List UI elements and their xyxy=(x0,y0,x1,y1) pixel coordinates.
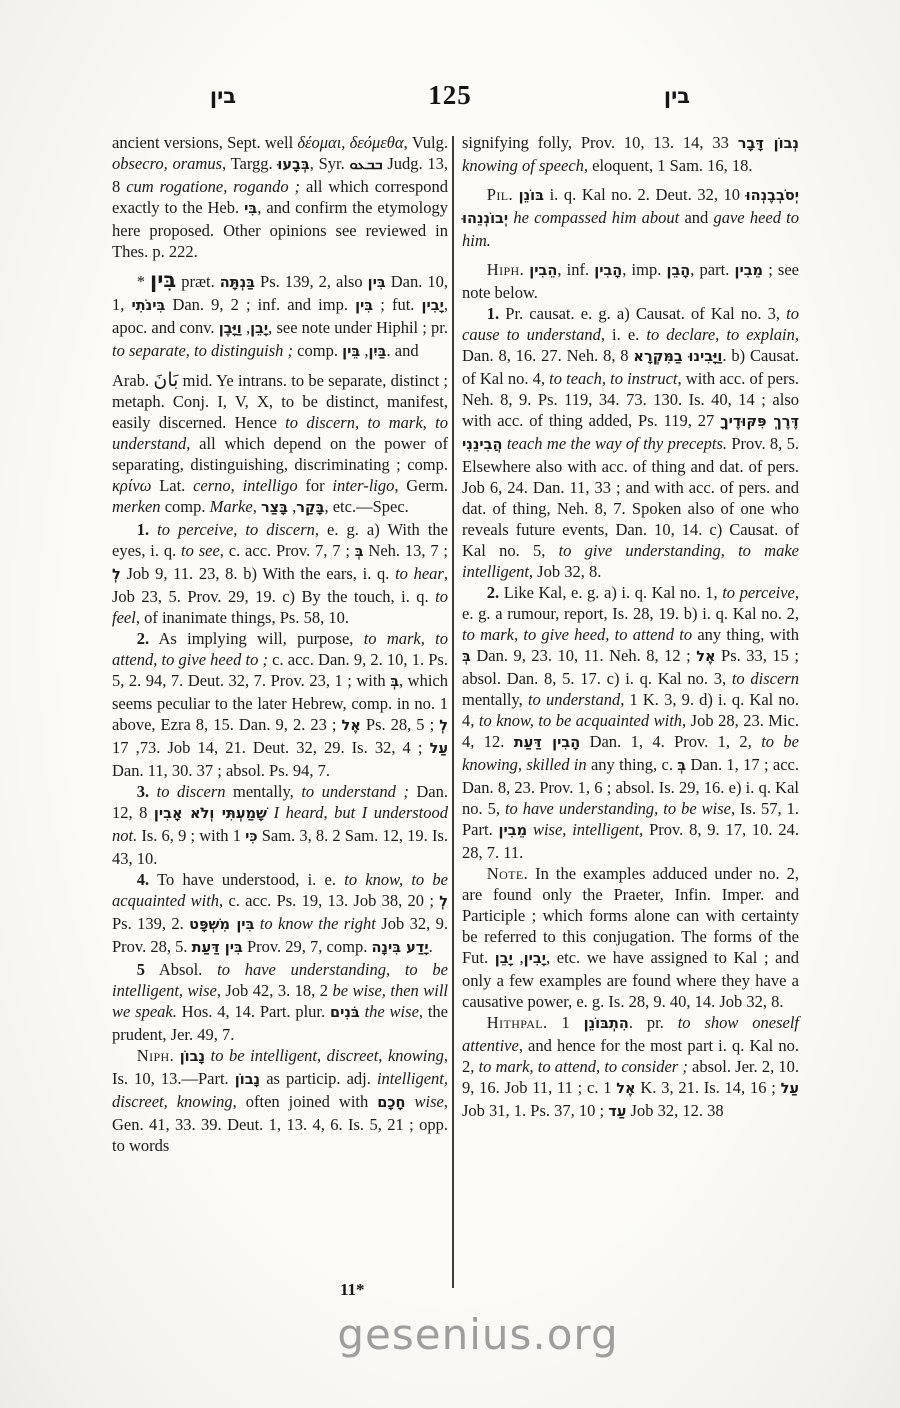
roman-text xyxy=(406,1092,415,1111)
roman-text: any thing, c. xyxy=(587,755,678,774)
hebrew-text: בַּנְתָּה xyxy=(220,275,255,291)
roman-text: for xyxy=(298,476,333,495)
italic-text: merken xyxy=(112,497,161,516)
hebrew-text: נָבוֹן xyxy=(180,1049,205,1065)
hebrew-text: שָׁמַעְתִּי וְלֹא אָבִין xyxy=(154,806,267,822)
watermark: gesenius.org xyxy=(0,1310,900,1359)
right-column: signifying folly, Prov. 10, 13. 14, 33 נ… xyxy=(462,132,799,1123)
roman-text: , Vulg. xyxy=(404,133,448,152)
roman-text: comp. xyxy=(293,341,342,360)
hebrew-text: עַד xyxy=(608,1104,626,1120)
italic-text: to know the right xyxy=(260,914,376,933)
roman-text: ; fut. xyxy=(373,295,421,314)
roman-text: Job 32, 12. 38 xyxy=(626,1101,723,1120)
italic-text: to mark, to attend, to consider ; xyxy=(479,1057,688,1076)
hebrew-text: מֵבִין xyxy=(734,263,763,279)
italic-text: inter-ligo xyxy=(332,476,394,495)
hebrew-text: לְ xyxy=(112,567,121,583)
hebrew-text: בָּצַר xyxy=(261,500,288,516)
scanned-lexicon-page: בין 125 בין ancient versions, Sept. well… xyxy=(0,0,900,1408)
roman-text: Job 31, 1. Ps. 37, 10 ; xyxy=(462,1101,608,1120)
italic-text: knowing of speech xyxy=(462,156,584,175)
roman-text: , often joined with xyxy=(233,1092,378,1111)
roman-text: , i. e. xyxy=(601,325,647,344)
roman-text: Pr. causat. e. g. a) Causat. of Kal no. … xyxy=(499,304,786,323)
italic-text: to have understanding, to be wise xyxy=(505,799,731,818)
italic-text: Marke xyxy=(210,497,253,516)
page-number: 125 xyxy=(0,80,900,111)
greek-text: δέομαι, δεόμεθα xyxy=(297,133,403,152)
roman-text: any thing, with xyxy=(692,625,799,644)
roman-text: mentally, xyxy=(226,782,302,801)
italic-text: obsecro, oramus xyxy=(112,154,222,173)
roman-text: , etc.—Spec. xyxy=(324,497,408,516)
hebrew-text: בִּין xyxy=(368,275,386,291)
hebrew-text: בֹּנִים xyxy=(330,1005,360,1021)
roman-text: comp. xyxy=(161,497,210,516)
hebrew-text: נָבוֹן xyxy=(235,1072,260,1088)
arabic-text: بَانَ xyxy=(153,369,178,391)
roman-text: To have understood, i. e. xyxy=(149,870,344,889)
paragraph: ancient versions, Sept. well δέομαι, δεό… xyxy=(112,132,448,262)
running-head-right-keyword: בין xyxy=(632,84,722,108)
roman-text: , xyxy=(288,497,296,516)
hebrew-text: מֵבִין xyxy=(499,823,528,839)
italic-text: to perceive, to discern xyxy=(157,520,315,539)
italic-text: to declare, to explain xyxy=(646,325,794,344)
left-column: ancient versions, Sept. well δέομαι, δεό… xyxy=(112,132,448,1156)
roman-text: , inf. xyxy=(557,260,594,279)
roman-text: , eloquent, 1 Sam. 16, 18. xyxy=(584,156,753,175)
roman-text: Dan. 9, 2 ; inf. and imp. xyxy=(165,295,355,314)
paragraph: Note. In the examples adduced under no. … xyxy=(462,863,799,1012)
roman-text: Is. 6, 9 ; with xyxy=(137,826,232,845)
roman-text: , Job 42, 3. 18, 2 xyxy=(217,981,333,1000)
hebrew-text: בְּ xyxy=(355,544,364,560)
roman-text xyxy=(149,782,157,801)
roman-text: , xyxy=(253,497,261,516)
roman-text: , of inanimate things, Ps. 58, 10. xyxy=(136,608,349,627)
paragraph: Arab. بَانَ mid. Ye intrans. to be separ… xyxy=(112,370,448,519)
hebrew-text: עַל xyxy=(781,1081,799,1097)
italic-text: cerno, intelligo xyxy=(193,476,297,495)
roman-text: signifying folly, Prov. 10, 13. 14, 33 xyxy=(462,133,738,152)
roman-text: , c. acc. Ps. 19, 13. Job 38, 20 ; xyxy=(219,891,439,910)
hebrew-text: חָכָם xyxy=(377,1095,405,1111)
roman-text: As implying will, purpose, xyxy=(149,629,364,648)
roman-text: as particip. adj. xyxy=(260,1069,377,1088)
hebrew-text: בִּי xyxy=(244,201,257,217)
roman-text: Ps. 139, 2, also xyxy=(255,272,368,291)
bold-number: 1. xyxy=(487,304,499,323)
bold-number: 2. xyxy=(487,583,499,602)
roman-text: i. q. Kal no. 2. Deut. 32, 10 xyxy=(544,185,746,204)
paragraph: 1. to perceive, to discern, e. g. a) Wit… xyxy=(112,519,448,628)
italic-text: to separate, to distinguish ; xyxy=(112,341,293,360)
hebrew-text: לְ xyxy=(439,718,448,734)
roman-text: Hos. 4, 14. Part. plur. xyxy=(177,1002,330,1021)
column-divider-rule xyxy=(452,136,454,1288)
hebrew-text: אֶל xyxy=(696,649,715,665)
roman-text: and xyxy=(679,208,713,227)
roman-text xyxy=(149,520,157,539)
paragraph: Pil. בּוֹנֵן i. q. Kal no. 2. Deut. 32, … xyxy=(462,184,799,251)
hebrew-text: הֵבִין xyxy=(529,263,557,279)
hebrew-text: יָבִין xyxy=(422,298,444,314)
smallcaps-label: Hithpal. xyxy=(487,1013,548,1032)
hebrew-text: בַּיִן xyxy=(368,344,386,360)
roman-text: . and xyxy=(387,341,419,360)
italic-text: to understand ; xyxy=(301,782,409,801)
smallcaps-label: Pil. xyxy=(487,185,513,204)
hebrew-text: הָבִין דַּעַת xyxy=(514,735,580,751)
paragraph: Hithpal. הִתְבּוֹנֵן 1. pr. to show ones… xyxy=(462,1012,799,1123)
syriac-text: ܒܒܥܘ xyxy=(350,155,383,173)
hebrew-text: בְּבָעוּ xyxy=(277,157,309,173)
roman-text: Neh. 13, 7 ; xyxy=(364,541,448,560)
paragraph: signifying folly, Prov. 10, 13. 14, 33 נ… xyxy=(462,132,799,176)
hebrew-text: אֶל xyxy=(616,1081,635,1097)
hebrew-text: כִּי xyxy=(245,829,257,845)
roman-text: , imp. xyxy=(622,260,666,279)
hebrew-text: יָבֵן xyxy=(495,951,513,967)
italic-text: teach me the way of thy precepts. xyxy=(507,434,727,453)
hebrew-text: בְּ xyxy=(390,674,399,690)
roman-text: Absol. xyxy=(145,960,217,979)
roman-text: ancient versions, Sept. well xyxy=(112,133,297,152)
roman-text: Ps. 139, 2. xyxy=(112,914,189,933)
smallcaps-label: Niph. xyxy=(137,1046,174,1065)
roman-text: , part. xyxy=(690,260,734,279)
roman-text: Like Kal, e. g. a) i. q. Kal no. 1, xyxy=(499,583,722,602)
roman-text: Dan. 9, 23. 10, 11. Neh. 8, 12 ; xyxy=(471,646,696,665)
roman-text: , Job 32, 8. xyxy=(529,562,601,581)
smallcaps-label: Hiph. xyxy=(487,260,524,279)
roman-text: præt. xyxy=(176,272,220,291)
paragraph: Hiph. הֵבִין, inf. הָבִין, imp. הָבֵן, p… xyxy=(462,259,799,303)
roman-text: , xyxy=(513,948,524,967)
paragraph: 2. As implying will, purpose, to mark, t… xyxy=(112,628,448,781)
hebrew-text: בִּינֹתִי xyxy=(131,298,165,314)
hebrew-text: וַיָּבֶן xyxy=(219,321,242,337)
roman-text: mentally, xyxy=(462,690,528,709)
roman-text xyxy=(548,1013,562,1032)
italic-text: to see xyxy=(181,541,220,560)
roman-text: , Targg. xyxy=(222,154,277,173)
roman-text: Dan. 1, 4. Prov. 1, 2, xyxy=(580,732,761,751)
hebrew-text: בְּ xyxy=(677,758,686,774)
hebrew-text: בִּין מִשְׁפָּט xyxy=(189,917,254,933)
italic-text: cum rogatione, rogando ; xyxy=(126,177,300,196)
hebrew-text: וַיָּבִינוּ בַמִּקְרָא xyxy=(633,349,722,365)
hebrew-text: אֶל xyxy=(342,718,361,734)
bold-number: 5 xyxy=(137,960,145,979)
hebrew-text: יָבִין xyxy=(524,951,546,967)
roman-text: Arab. xyxy=(112,371,153,390)
roman-text: Job 9, 11. 23, 8. b) With the ears, i. q… xyxy=(121,564,395,583)
paragraph: 3. to discern mentally, to understand ; … xyxy=(112,781,448,869)
roman-text: * xyxy=(137,272,150,291)
bold-number: 4. xyxy=(137,870,149,889)
signature-mark: 11* xyxy=(340,1280,365,1300)
bold-number: 2. xyxy=(137,629,149,648)
roman-text: , xyxy=(242,318,250,337)
hebrew-text: בּוֹנֵן xyxy=(519,188,544,204)
italic-text: to know, to be acquainted with xyxy=(479,711,682,730)
roman-text: Prov. 29, 7, comp. xyxy=(243,937,372,956)
roman-text: , c. acc. Prov. 7, 7 ; xyxy=(220,541,355,560)
italic-text: the wise xyxy=(365,1002,419,1021)
roman-text: . xyxy=(429,937,433,956)
hebrew-text: עַל xyxy=(430,741,448,757)
hebrew-text: בִּין דַּעַת xyxy=(192,940,243,956)
paragraph: Niph. נָבוֹן to be intelligent, discreet… xyxy=(112,1045,448,1156)
hebrew-headword: בִּין xyxy=(150,268,176,292)
hebrew-text: בָּקַר xyxy=(296,500,324,516)
hebrew-text: הִתְבּוֹנֵן xyxy=(584,1016,629,1032)
italic-text: to perceive xyxy=(722,583,795,602)
roman-text: , Syr. xyxy=(310,154,350,173)
italic-text: to discern xyxy=(732,669,799,688)
paragraph: 1. Pr. causat. e. g. a) Causat. of Kal n… xyxy=(462,303,799,582)
italic-text: to discern xyxy=(157,782,226,801)
roman-text: , Germ. xyxy=(394,476,448,495)
italic-text: to mark, to give heed, to attend to xyxy=(462,625,692,644)
hebrew-text: בְּ xyxy=(462,649,471,665)
hebrew-text: הָבִין xyxy=(594,263,622,279)
hebrew-text: לְ xyxy=(439,894,448,910)
italic-text: to be intelligent, discreet, knowing xyxy=(211,1046,444,1065)
roman-text: Lat. xyxy=(151,476,193,495)
hebrew-text: יָבֵן xyxy=(250,321,268,337)
italic-text: wise xyxy=(415,1092,444,1111)
italic-text: to hear xyxy=(395,564,444,583)
italic-text: wise, intelligent xyxy=(533,820,639,839)
bold-number: 3. xyxy=(137,782,149,801)
roman-text: Ps. 28, 5 ; xyxy=(361,715,439,734)
paragraph: 2. Like Kal, e. g. a) i. q. Kal no. 1, t… xyxy=(462,582,799,863)
roman-text: , see note under Hiphil ; pr. xyxy=(268,318,448,337)
smallcaps-label: Note. xyxy=(487,864,528,883)
roman-text: 73, 17. Job 14, 21. Deut. 32, 29. Is. 32… xyxy=(112,738,430,757)
hebrew-text: הָבֵן xyxy=(666,263,690,279)
roman-text: Dan. 11, 30. 37 ; absol. Ps. 94, 7. xyxy=(112,761,330,780)
italic-text: he compassed him about xyxy=(513,208,679,227)
greek-text: κρίνω xyxy=(112,476,151,495)
paragraph: * בִּין præt. בַּנְתָּה Ps. 139, 2, also… xyxy=(112,270,448,363)
italic-text: to teach, to instruct xyxy=(549,369,677,388)
paragraph: 5 Absol. to have understanding, to be in… xyxy=(112,959,448,1045)
hebrew-text: יָדַע בִּינָה xyxy=(371,940,428,956)
hebrew-text: נְבוֹן דָּבָר xyxy=(738,136,799,152)
hebrew-text: בֵּין xyxy=(342,344,360,360)
hebrew-text: בִּין xyxy=(355,298,373,314)
bold-number: 1. xyxy=(137,520,149,539)
paragraph: 4. To have understood, i. e. to know, to… xyxy=(112,869,448,959)
italic-text: to understand xyxy=(528,690,620,709)
